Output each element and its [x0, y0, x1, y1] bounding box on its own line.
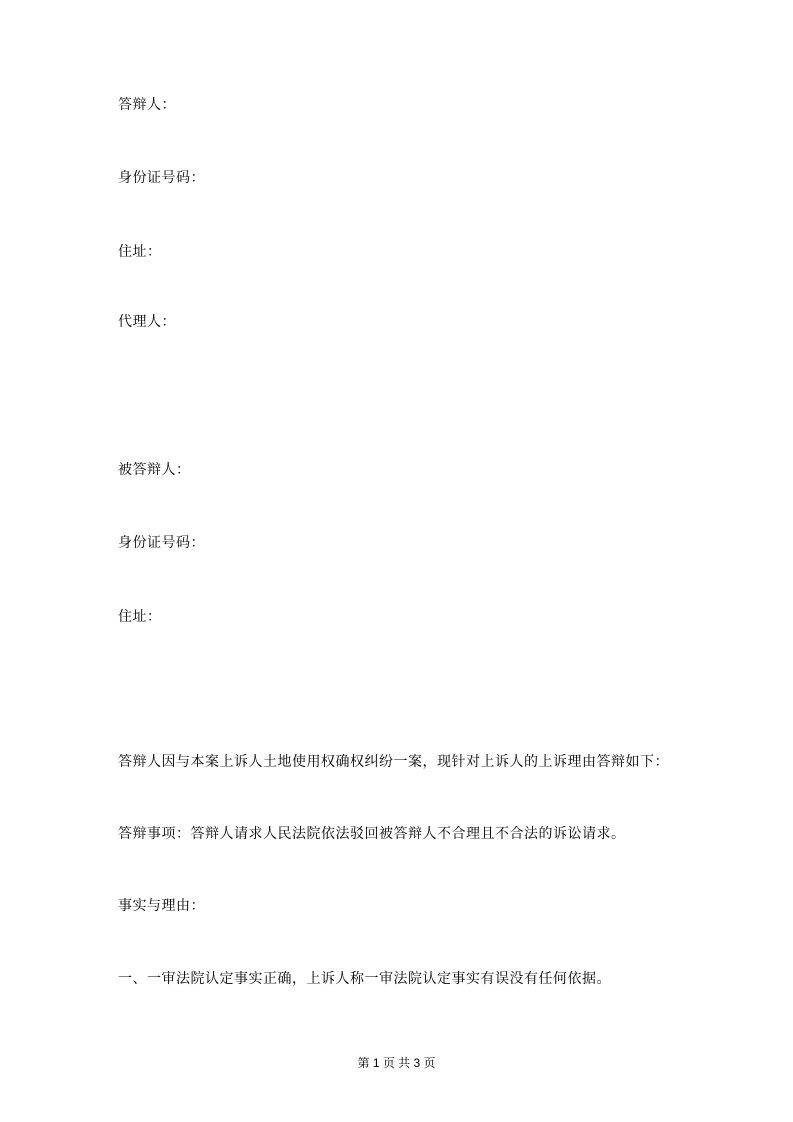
- line-agent-label: 代理人：: [118, 312, 675, 330]
- line-respondent-address-label: 住址：: [118, 242, 675, 260]
- page-footer-page-indicator: 第 1 页 共 3 页: [0, 1056, 793, 1070]
- line-respondee-address-label: 住址：: [118, 607, 675, 625]
- line-facts-and-reasons-heading: 事实与理由：: [118, 896, 675, 914]
- paragraph-defense-request: 答辩事项：答辩人请求人民法院依法驳回被答辩人不合理且不合法的诉讼请求。: [118, 824, 675, 842]
- paragraph-point-one: 一、一审法院认定事实正确，上诉人称一审法院认定事实有误没有任何依据。: [118, 969, 675, 987]
- paragraph-case-intro: 答辩人因与本案上诉人土地使用权确权纠纷一案，现针对上诉人的上诉理由答辩如下：: [118, 752, 675, 770]
- line-respondee-label: 被答辩人：: [118, 460, 675, 478]
- document-page: 答辩人： 身份证号码： 住址： 代理人： 被答辩人： 身份证号码： 住址： 答辩…: [0, 0, 793, 1122]
- line-respondent-id-number-label: 身份证号码：: [118, 168, 675, 186]
- line-respondee-id-number-label: 身份证号码：: [118, 533, 675, 551]
- line-respondent-label: 答辩人：: [118, 95, 675, 113]
